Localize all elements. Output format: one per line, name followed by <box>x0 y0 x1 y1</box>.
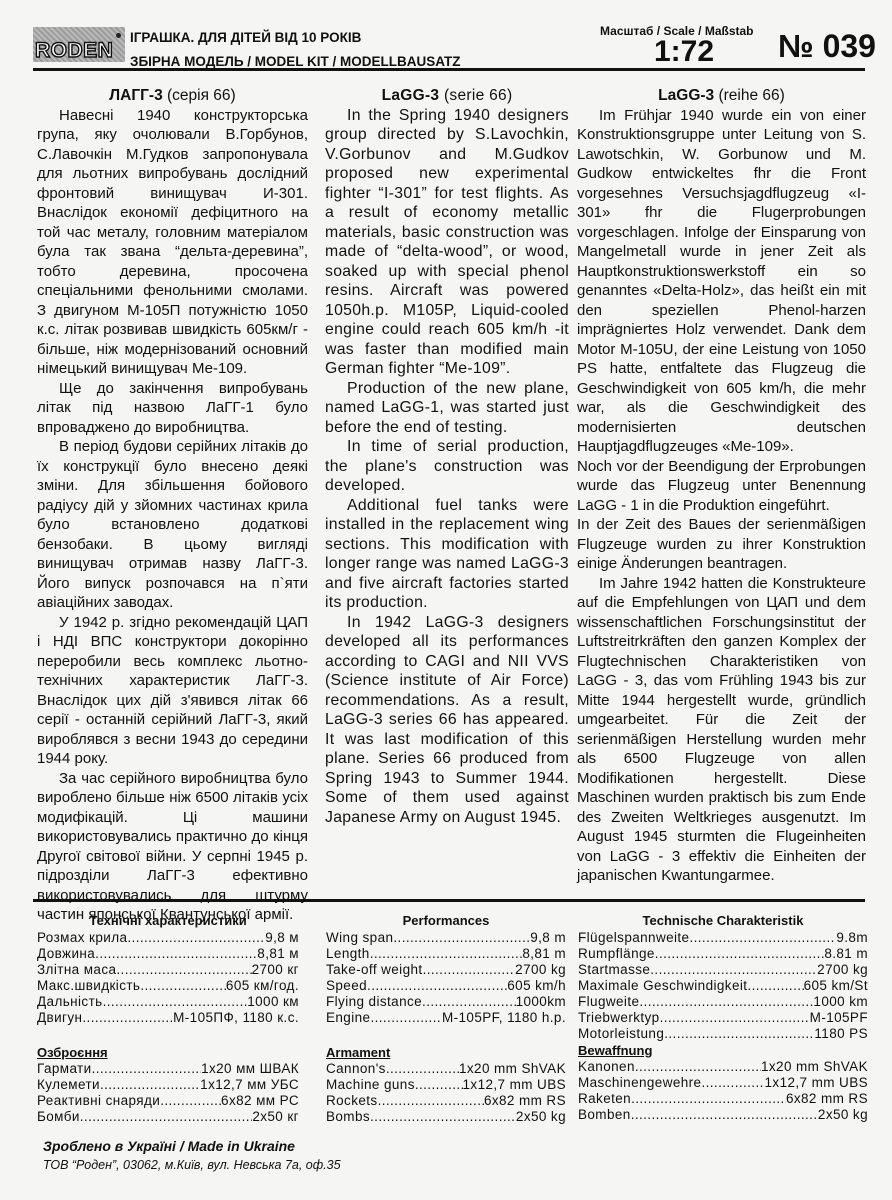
paragraph: Noch vor der Beendigung der Erprobungen … <box>577 457 866 516</box>
spec-row: Bombs2x50 kg <box>326 1109 566 1125</box>
company-address: ТОВ “Роден”, 03062, м.Київ, вул. Невська… <box>43 1158 341 1172</box>
spec-row: Raketen6x82 mm RS <box>578 1091 868 1107</box>
spec-row: Гармати1x20 мм ШВАК <box>37 1061 299 1077</box>
spec-row: Flugweite1000 km <box>578 994 868 1010</box>
spec-row: Bomben 2x50 kg <box>578 1107 868 1123</box>
specs-en: Performances Wing span9,8 m Length8,81 m… <box>326 913 566 1125</box>
spec-row: Take-off weight2700 kg <box>326 962 566 978</box>
armament-title-en: Armament <box>326 1045 566 1061</box>
spec-row: Дальність1000 км <box>37 994 299 1010</box>
spec-row: Maximale Geschwindigkeit605 km/St <box>578 978 868 994</box>
roden-logo: RODEN <box>33 27 125 62</box>
instruction-page: RODEN ІГРАШКА. ДЛЯ ДІТЕЙ ВІД 10 РОКІВ ЗБ… <box>0 0 892 1200</box>
spec-row: Макс.швидкість605 км/год. <box>37 978 299 994</box>
spec-row: Двигун М-105ПФ, 1180 к.с. <box>37 1010 299 1026</box>
spec-row: Machine guns1x12,7 mm UBS <box>326 1077 566 1093</box>
kit-type: ЗБІРНА МОДЕЛЬ / MODEL KIT / MODELLBAUSAT… <box>130 54 461 69</box>
spec-row: Flügelspannweite9.8m <box>578 930 868 946</box>
scale-value: 1:72 <box>654 37 714 67</box>
paragraph: In the Spring 1940 designers group direc… <box>325 106 569 379</box>
paragraph: In der Zeit des Baues der serienmäßigen … <box>577 515 866 574</box>
spec-row: Бомби2x50 кг <box>37 1109 299 1125</box>
paragraph: Ще до закінчення випробувань літак під н… <box>37 379 308 438</box>
paragraph: В період будови серійних літаків до їх к… <box>37 437 308 613</box>
paragraph: Im Jahre 1942 hatten die Konstrukteure a… <box>577 574 866 886</box>
specs-title-en: Performances <box>326 913 566 929</box>
logo-dot-icon <box>116 33 121 38</box>
specs-de: Technische Charakteristik Flügelspannwei… <box>578 913 868 1123</box>
paragraph: Additional fuel tanks were installed in … <box>325 496 569 613</box>
specs-ua: Технічні характеристики Розмах крила9,8 … <box>37 913 299 1125</box>
spec-row: Кулемети1x12,7 мм УБС <box>37 1077 299 1093</box>
spec-row: Cannon's1x20 mm ShVAK <box>326 1061 566 1077</box>
spec-row: Speed605 km/h <box>326 978 566 994</box>
made-in-ukraine: Зроблено в Україні / Made in Ukraine <box>43 1138 295 1154</box>
spec-row: Rockets6x82 mm RS <box>326 1093 566 1109</box>
paragraph: In time of serial production, the plane'… <box>325 437 569 496</box>
spec-row: Wing span9,8 m <box>326 930 566 946</box>
spec-row: Kanonen1x20 mm ShVAK <box>578 1059 868 1075</box>
column-title-de: LaGG-3 (reihe 66) <box>577 86 866 106</box>
spec-row: Startmasse2700 kg <box>578 962 868 978</box>
spec-row: Розмах крила9,8 м <box>37 930 299 946</box>
spec-row: Length8,81 m <box>326 946 566 962</box>
history-column-ua: ЛАГГ-3 (серія 66) Навесні 1940 конструкт… <box>37 86 308 925</box>
armament-title-ua: Озброєння <box>37 1045 299 1061</box>
specs-title-de: Technische Charakteristik <box>578 913 868 929</box>
paragraph: Im Frühjar 1940 wurde ein von einer Kons… <box>577 106 866 457</box>
age-notice: ІГРАШКА. ДЛЯ ДІТЕЙ ВІД 10 РОКІВ <box>130 30 361 45</box>
header-divider <box>33 68 865 71</box>
paragraph: Production of the new plane, named LaGG-… <box>325 379 569 438</box>
spec-row: Maschinengewehre1x12,7 mm UBS <box>578 1075 868 1091</box>
specs-divider <box>33 899 865 902</box>
spec-row: Злітна маса2700 кг <box>37 962 299 978</box>
column-title-ua: ЛАГГ-3 (серія 66) <box>37 86 308 106</box>
specs-title-ua: Технічні характеристики <box>37 913 299 929</box>
history-column-en: LaGG-3 (serie 66) In the Spring 1940 des… <box>325 86 569 827</box>
spec-row: Motorleistung1180 PS <box>578 1026 868 1042</box>
paragraph: У 1942 р. згідно рекомендацій ЦАП і НДІ … <box>37 613 308 769</box>
armament-title-de: Bewaffnung <box>578 1043 868 1059</box>
spec-row: Flying distance1000km <box>326 994 566 1010</box>
paragraph: In 1942 LaGG-3 designers developed all i… <box>325 613 569 828</box>
spec-row: TriebwerktypM-105PF <box>578 1010 868 1026</box>
spec-row: Довжина8,81 м <box>37 946 299 962</box>
history-column-de: LaGG-3 (reihe 66) Im Frühjar 1940 wurde … <box>577 86 866 886</box>
spec-row: Rumpflänge8.81 m <box>578 946 868 962</box>
paragraph: Навесні 1940 конструкторська група, яку … <box>37 106 308 379</box>
logo-text: RODEN <box>35 40 113 61</box>
spec-row: Реактивні снаряди6x82 мм РС <box>37 1093 299 1109</box>
column-title-en: LaGG-3 (serie 66) <box>325 86 569 106</box>
spec-row: EngineM-105PF, 1180 h.p. <box>326 1010 566 1026</box>
kit-number: № 039 <box>778 30 876 62</box>
